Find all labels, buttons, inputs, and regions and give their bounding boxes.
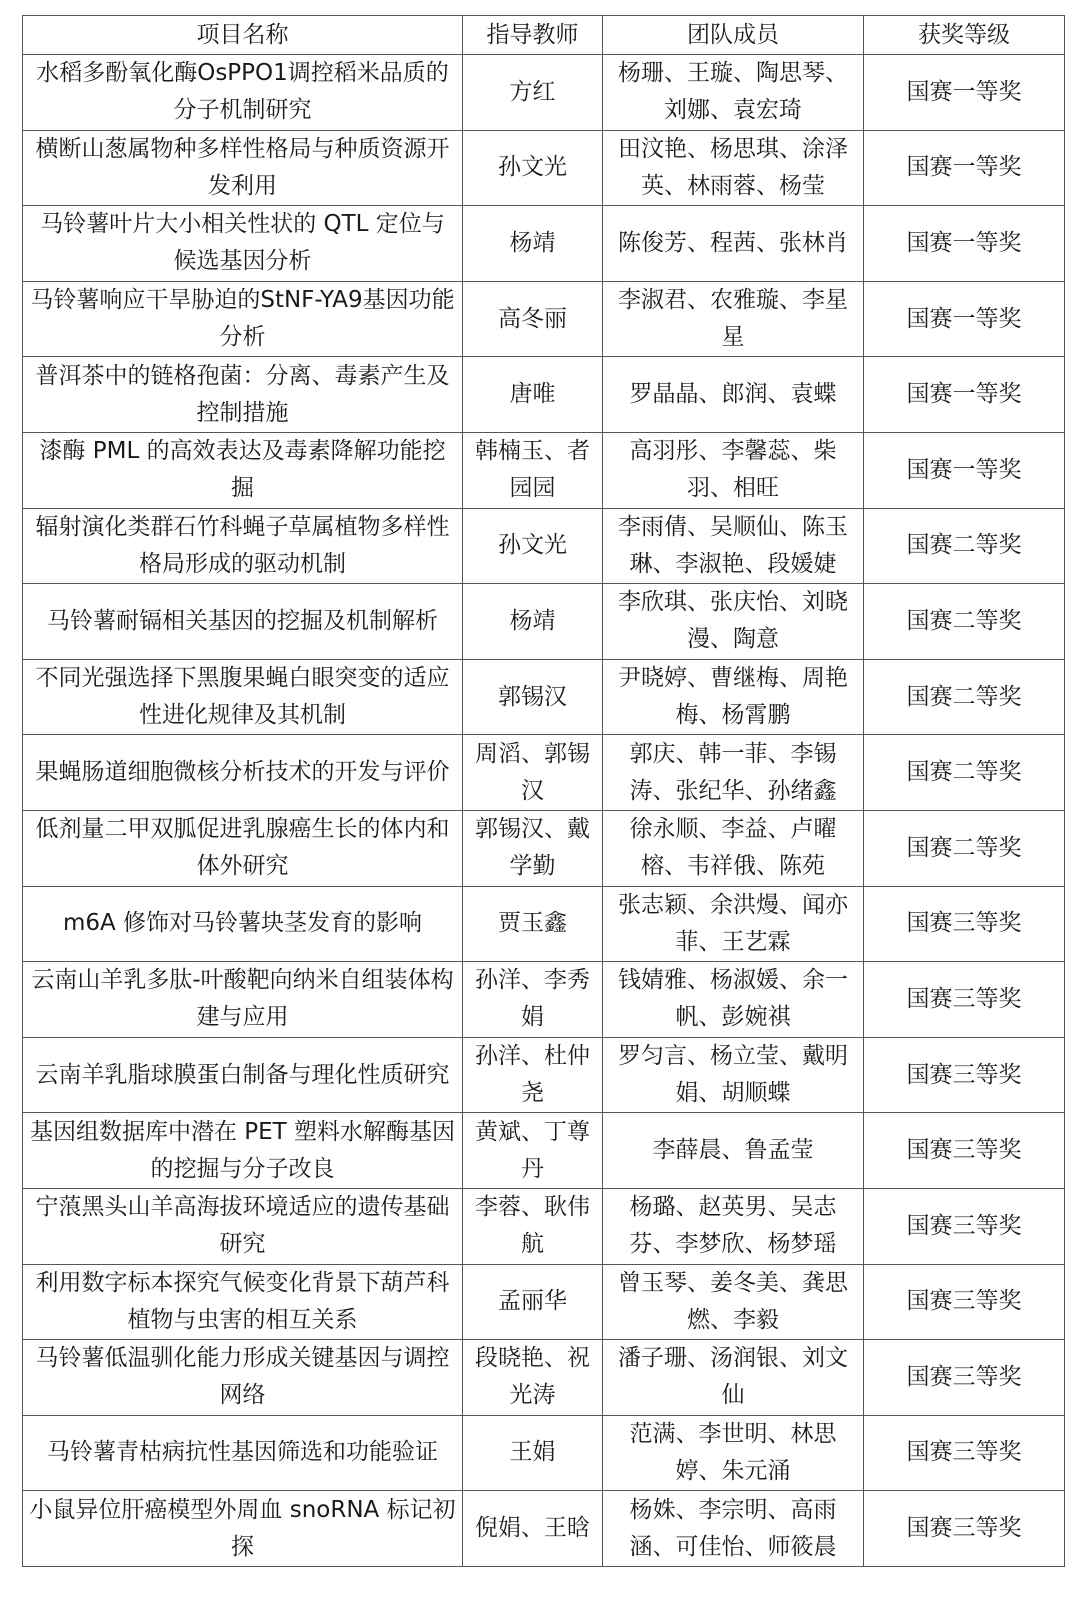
cell-advisor: 郭锡汉、戴学勤 bbox=[463, 810, 603, 886]
cell-project-name: m6A 修饰对马铃薯块茎发育的影响 bbox=[23, 886, 463, 962]
cell-project-name: 果蝇肠道细胞微核分析技术的开发与评价 bbox=[23, 735, 463, 811]
cell-advisor: 孟丽华 bbox=[463, 1264, 603, 1340]
cell-team-members: 陈俊芳、程茜、张林肖 bbox=[603, 206, 864, 282]
cell-advisor: 韩楠玉、者园园 bbox=[463, 432, 603, 508]
header-project-name: 项目名称 bbox=[23, 16, 463, 55]
cell-advisor: 方红 bbox=[463, 55, 603, 131]
table-row: 马铃薯叶片大小相关性状的 QTL 定位与候选基因分析杨靖陈俊芳、程茜、张林肖国赛… bbox=[23, 206, 1065, 282]
cell-advisor: 孙洋、李秀娟 bbox=[463, 962, 603, 1038]
cell-award-level: 国赛三等奖 bbox=[864, 962, 1065, 1038]
table-row: 马铃薯响应干旱胁迫的StNF-YA9基因功能分析高冬丽李淑君、农雅璇、李星星国赛… bbox=[23, 281, 1065, 357]
table-row: 基因组数据库中潜在 PET 塑料水解酶基因的挖掘与分子改良黄斌、丁尊丹李薛晨、鲁… bbox=[23, 1113, 1065, 1189]
cell-project-name: 马铃薯叶片大小相关性状的 QTL 定位与候选基因分析 bbox=[23, 206, 463, 282]
cell-award-level: 国赛一等奖 bbox=[864, 206, 1065, 282]
cell-project-name: 不同光强选择下黑腹果蝇白眼突变的适应性进化规律及其机制 bbox=[23, 659, 463, 735]
cell-project-name: 横断山葱属物种多样性格局与种质资源开发利用 bbox=[23, 130, 463, 206]
cell-team-members: 范满、李世明、林思婷、朱元涌 bbox=[603, 1415, 864, 1491]
cell-team-members: 罗匀言、杨立莹、戴明娟、胡顺蝶 bbox=[603, 1037, 864, 1113]
cell-award-level: 国赛三等奖 bbox=[864, 1037, 1065, 1113]
table-row: 宁蒗黑头山羊高海拔环境适应的遗传基础研究李蓉、耿伟航杨璐、赵英男、吴志芬、李梦欣… bbox=[23, 1188, 1065, 1264]
cell-project-name: 辐射演化类群石竹科蝇子草属植物多样性格局形成的驱动机制 bbox=[23, 508, 463, 584]
cell-award-level: 国赛二等奖 bbox=[864, 584, 1065, 660]
table-row: m6A 修饰对马铃薯块茎发育的影响贾玉鑫张志颖、余洪熳、闻亦菲、王艺霖国赛三等奖 bbox=[23, 886, 1065, 962]
cell-award-level: 国赛三等奖 bbox=[864, 1340, 1065, 1416]
cell-advisor: 高冬丽 bbox=[463, 281, 603, 357]
cell-award-level: 国赛二等奖 bbox=[864, 810, 1065, 886]
cell-advisor: 黄斌、丁尊丹 bbox=[463, 1113, 603, 1189]
cell-advisor: 倪娟、王晗 bbox=[463, 1491, 603, 1567]
cell-team-members: 李欣琪、张庆怡、刘晓漫、陶意 bbox=[603, 584, 864, 660]
cell-advisor: 孙文光 bbox=[463, 508, 603, 584]
cell-project-name: 基因组数据库中潜在 PET 塑料水解酶基因的挖掘与分子改良 bbox=[23, 1113, 463, 1189]
cell-advisor: 贾玉鑫 bbox=[463, 886, 603, 962]
cell-award-level: 国赛一等奖 bbox=[864, 357, 1065, 433]
cell-advisor: 唐唯 bbox=[463, 357, 603, 433]
cell-project-name: 水稻多酚氧化酶OsPPO1调控稻米品质的分子机制研究 bbox=[23, 55, 463, 131]
cell-team-members: 李薛晨、鲁孟莹 bbox=[603, 1113, 864, 1189]
header-row: 项目名称 指导教师 团队成员 获奖等级 bbox=[23, 16, 1065, 55]
cell-team-members: 杨珊、王璇、陶思琴、刘娜、袁宏琦 bbox=[603, 55, 864, 131]
table-header: 项目名称 指导教师 团队成员 获奖等级 bbox=[23, 16, 1065, 55]
table-body: 水稻多酚氧化酶OsPPO1调控稻米品质的分子机制研究方红杨珊、王璇、陶思琴、刘娜… bbox=[23, 55, 1065, 1567]
cell-award-level: 国赛二等奖 bbox=[864, 735, 1065, 811]
cell-team-members: 曾玉琴、姜冬美、龚思燃、李毅 bbox=[603, 1264, 864, 1340]
table-row: 云南山羊乳多肽-叶酸靶向纳米自组装体构建与应用孙洋、李秀娟钱婧雅、杨淑媛、余一帆… bbox=[23, 962, 1065, 1038]
table-row: 横断山葱属物种多样性格局与种质资源开发利用孙文光田汶艳、杨思琪、涂泽英、林雨蓉、… bbox=[23, 130, 1065, 206]
cell-award-level: 国赛三等奖 bbox=[864, 1113, 1065, 1189]
cell-team-members: 罗晶晶、郎润、袁蝶 bbox=[603, 357, 864, 433]
cell-team-members: 高羽彤、李馨蕊、柴羽、相旺 bbox=[603, 432, 864, 508]
cell-team-members: 郭庆、韩一菲、李锡涛、张纪华、孙绪鑫 bbox=[603, 735, 864, 811]
table-row: 低剂量二甲双胍促进乳腺癌生长的体内和体外研究郭锡汉、戴学勤徐永顺、李益、卢曜榕、… bbox=[23, 810, 1065, 886]
table-row: 辐射演化类群石竹科蝇子草属植物多样性格局形成的驱动机制孙文光李雨倩、吴顺仙、陈玉… bbox=[23, 508, 1065, 584]
header-team-members: 团队成员 bbox=[603, 16, 864, 55]
cell-project-name: 马铃薯响应干旱胁迫的StNF-YA9基因功能分析 bbox=[23, 281, 463, 357]
table-row: 马铃薯耐镉相关基因的挖掘及机制解析杨靖李欣琪、张庆怡、刘晓漫、陶意国赛二等奖 bbox=[23, 584, 1065, 660]
cell-advisor: 李蓉、耿伟航 bbox=[463, 1188, 603, 1264]
cell-team-members: 潘子珊、汤润银、刘文仙 bbox=[603, 1340, 864, 1416]
cell-award-level: 国赛三等奖 bbox=[864, 1491, 1065, 1567]
cell-project-name: 漆酶 PML 的高效表达及毒素降解功能挖掘 bbox=[23, 432, 463, 508]
cell-award-level: 国赛一等奖 bbox=[864, 130, 1065, 206]
cell-project-name: 利用数字标本探究气候变化背景下葫芦科植物与虫害的相互关系 bbox=[23, 1264, 463, 1340]
table-row: 果蝇肠道细胞微核分析技术的开发与评价周滔、郭锡汉郭庆、韩一菲、李锡涛、张纪华、孙… bbox=[23, 735, 1065, 811]
cell-advisor: 孙洋、杜仲尧 bbox=[463, 1037, 603, 1113]
cell-award-level: 国赛二等奖 bbox=[864, 659, 1065, 735]
cell-advisor: 杨靖 bbox=[463, 584, 603, 660]
cell-award-level: 国赛三等奖 bbox=[864, 1264, 1065, 1340]
cell-project-name: 云南山羊乳多肽-叶酸靶向纳米自组装体构建与应用 bbox=[23, 962, 463, 1038]
cell-advisor: 杨靖 bbox=[463, 206, 603, 282]
header-award-level: 获奖等级 bbox=[864, 16, 1065, 55]
cell-advisor: 孙文光 bbox=[463, 130, 603, 206]
cell-award-level: 国赛三等奖 bbox=[864, 886, 1065, 962]
table-row: 马铃薯青枯病抗性基因筛选和功能验证王娟范满、李世明、林思婷、朱元涌国赛三等奖 bbox=[23, 1415, 1065, 1491]
cell-project-name: 马铃薯低温驯化能力形成关键基因与调控网络 bbox=[23, 1340, 463, 1416]
table-row: 水稻多酚氧化酶OsPPO1调控稻米品质的分子机制研究方红杨珊、王璇、陶思琴、刘娜… bbox=[23, 55, 1065, 131]
cell-award-level: 国赛一等奖 bbox=[864, 55, 1065, 131]
cell-award-level: 国赛三等奖 bbox=[864, 1415, 1065, 1491]
cell-project-name: 宁蒗黑头山羊高海拔环境适应的遗传基础研究 bbox=[23, 1188, 463, 1264]
cell-advisor: 段晓艳、祝光涛 bbox=[463, 1340, 603, 1416]
table-row: 小鼠异位肝癌模型外周血 snoRNA 标记初探倪娟、王晗杨姝、李宗明、高雨涵、可… bbox=[23, 1491, 1065, 1567]
cell-team-members: 田汶艳、杨思琪、涂泽英、林雨蓉、杨莹 bbox=[603, 130, 864, 206]
cell-advisor: 郭锡汉 bbox=[463, 659, 603, 735]
cell-project-name: 小鼠异位肝癌模型外周血 snoRNA 标记初探 bbox=[23, 1491, 463, 1567]
cell-team-members: 钱婧雅、杨淑媛、余一帆、彭婉祺 bbox=[603, 962, 864, 1038]
cell-team-members: 徐永顺、李益、卢曜榕、韦祥俄、陈苑 bbox=[603, 810, 864, 886]
cell-project-name: 低剂量二甲双胍促进乳腺癌生长的体内和体外研究 bbox=[23, 810, 463, 886]
cell-award-level: 国赛三等奖 bbox=[864, 1188, 1065, 1264]
cell-team-members: 杨璐、赵英男、吴志芬、李梦欣、杨梦瑶 bbox=[603, 1188, 864, 1264]
cell-project-name: 马铃薯耐镉相关基因的挖掘及机制解析 bbox=[23, 584, 463, 660]
award-table: 项目名称 指导教师 团队成员 获奖等级 水稻多酚氧化酶OsPPO1调控稻米品质的… bbox=[22, 15, 1065, 1567]
cell-project-name: 云南羊乳脂球膜蛋白制备与理化性质研究 bbox=[23, 1037, 463, 1113]
cell-team-members: 李雨倩、吴顺仙、陈玉琳、李淑艳、段媛婕 bbox=[603, 508, 864, 584]
cell-award-level: 国赛二等奖 bbox=[864, 508, 1065, 584]
cell-advisor: 王娟 bbox=[463, 1415, 603, 1491]
table-row: 马铃薯低温驯化能力形成关键基因与调控网络段晓艳、祝光涛潘子珊、汤润银、刘文仙国赛… bbox=[23, 1340, 1065, 1416]
cell-advisor: 周滔、郭锡汉 bbox=[463, 735, 603, 811]
cell-team-members: 李淑君、农雅璇、李星星 bbox=[603, 281, 864, 357]
table-row: 利用数字标本探究气候变化背景下葫芦科植物与虫害的相互关系孟丽华曾玉琴、姜冬美、龚… bbox=[23, 1264, 1065, 1340]
cell-team-members: 尹晓婷、曹继梅、周艳梅、杨霄鹏 bbox=[603, 659, 864, 735]
cell-team-members: 杨姝、李宗明、高雨涵、可佳怡、师筱晨 bbox=[603, 1491, 864, 1567]
table-row: 普洱茶中的链格孢菌：分离、毒素产生及控制措施唐唯罗晶晶、郎润、袁蝶国赛一等奖 bbox=[23, 357, 1065, 433]
table-row: 漆酶 PML 的高效表达及毒素降解功能挖掘韩楠玉、者园园高羽彤、李馨蕊、柴羽、相… bbox=[23, 432, 1065, 508]
header-advisor: 指导教师 bbox=[463, 16, 603, 55]
cell-project-name: 马铃薯青枯病抗性基因筛选和功能验证 bbox=[23, 1415, 463, 1491]
table-row: 不同光强选择下黑腹果蝇白眼突变的适应性进化规律及其机制郭锡汉尹晓婷、曹继梅、周艳… bbox=[23, 659, 1065, 735]
cell-award-level: 国赛一等奖 bbox=[864, 281, 1065, 357]
table-row: 云南羊乳脂球膜蛋白制备与理化性质研究孙洋、杜仲尧罗匀言、杨立莹、戴明娟、胡顺蝶国… bbox=[23, 1037, 1065, 1113]
cell-award-level: 国赛一等奖 bbox=[864, 432, 1065, 508]
cell-team-members: 张志颖、余洪熳、闻亦菲、王艺霖 bbox=[603, 886, 864, 962]
cell-project-name: 普洱茶中的链格孢菌：分离、毒素产生及控制措施 bbox=[23, 357, 463, 433]
